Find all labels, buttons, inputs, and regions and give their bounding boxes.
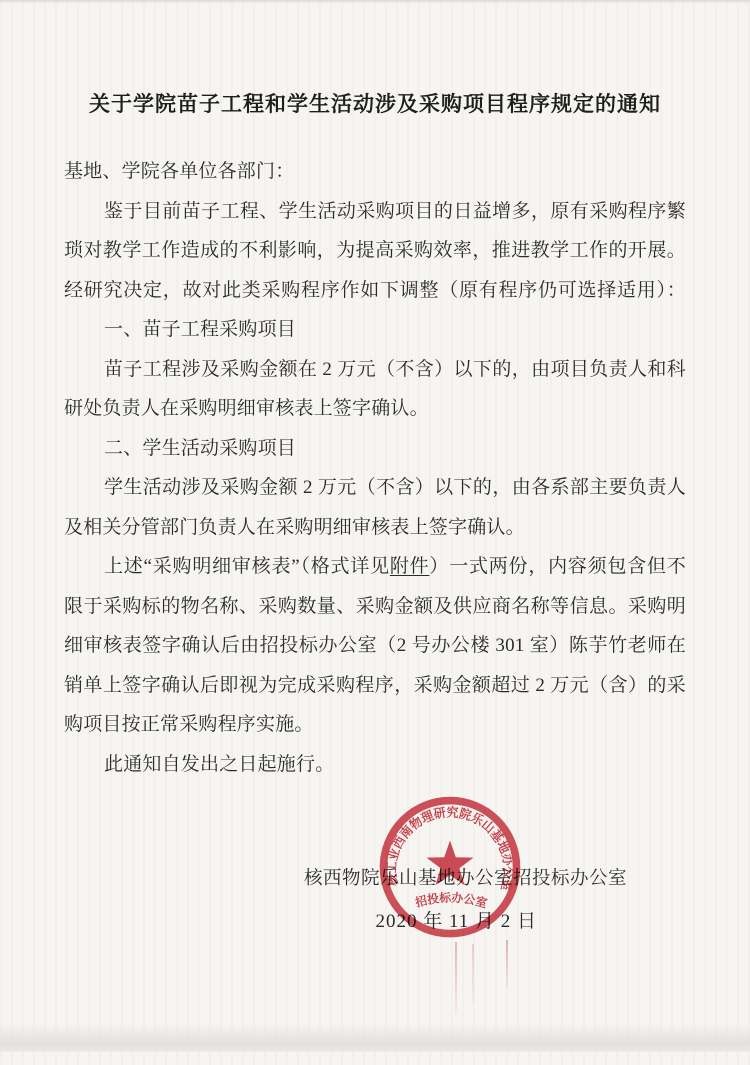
body-line: 经研究决定，故对此类采购程序作如下调整（原有程序仍可选择适用）： [64,271,686,311]
body-line: 苗子工程涉及采购金额在 2 万元（不含）以下的，由项目负责人和科 [64,350,686,390]
body-line: 琐对教学工作造成的不利影响，为提高采购效率，推进教学工作的开展。 [64,231,686,271]
body-line: 研处负责人在采购明细审核表上签字确认。 [64,389,686,429]
body-line: 限于采购标的物名称、采购数量、采购金额及供应商名称等信息。采购明 [64,587,686,627]
notice-body: 基地、学院各单位各部门： 鉴于目前苗子工程、学生活动采购项目的日益增多，原有采购… [64,152,686,784]
body-line: 购项目按正常采购程序实施。 [64,705,686,745]
body-line: 鉴于目前苗子工程、学生活动采购项目的日益增多，原有采购程序繁 [64,192,686,232]
signature-date: 2020 年 11 月 2 日 [375,906,537,933]
scan-top-edge-shadow [0,0,750,4]
body-line: 及相关分管部门负责人在采购明细审核表上签字确认。 [64,508,686,548]
seal-ink-streak [472,944,474,1004]
salutation-line: 基地、学院各单位各部门： [64,152,686,192]
body-line-with-attachment: 上述“采购明细审核表”（格式详见附件）一式两份，内容须包含但不 [64,547,686,587]
section-heading-1: 一、苗子工程采购项目 [64,310,686,350]
body-line-pre: 上述“采购明细审核表”（格式详见 [104,556,390,577]
body-line: 学生活动涉及采购金额 2 万元（不含）以下的，由各系部主要负责人 [64,468,686,508]
body-line-post: ）一式两份，内容须包含但不 [429,556,686,577]
section-heading-2: 二、学生活动采购项目 [64,429,686,469]
signature-organization: 核西物院乐山基地办公室招投标办公室 [304,864,627,890]
seal-ink-streak [455,942,457,1014]
scanned-notice-page: 关于学院苗子工程和学生活动涉及采购项目程序规定的通知 基地、学院各单位各部门： … [0,0,750,1065]
seal-ink-streak [506,940,508,988]
body-line: 细审核表签字确认后由招投标办公室（2 号办公楼 301 室）陈芋竹老师在报 [64,626,686,666]
scan-bottom-shadow [0,1024,750,1052]
notice-title: 关于学院苗子工程和学生活动涉及采购项目程序规定的通知 [40,88,710,118]
effective-date-line: 此通知自发出之日起施行。 [64,745,686,785]
attachment-underlined-text: 附件 [390,556,430,577]
body-line: 销单上签字确认后即视为完成采购程序，采购金额超过 2 万元（含）的采 [64,666,686,706]
